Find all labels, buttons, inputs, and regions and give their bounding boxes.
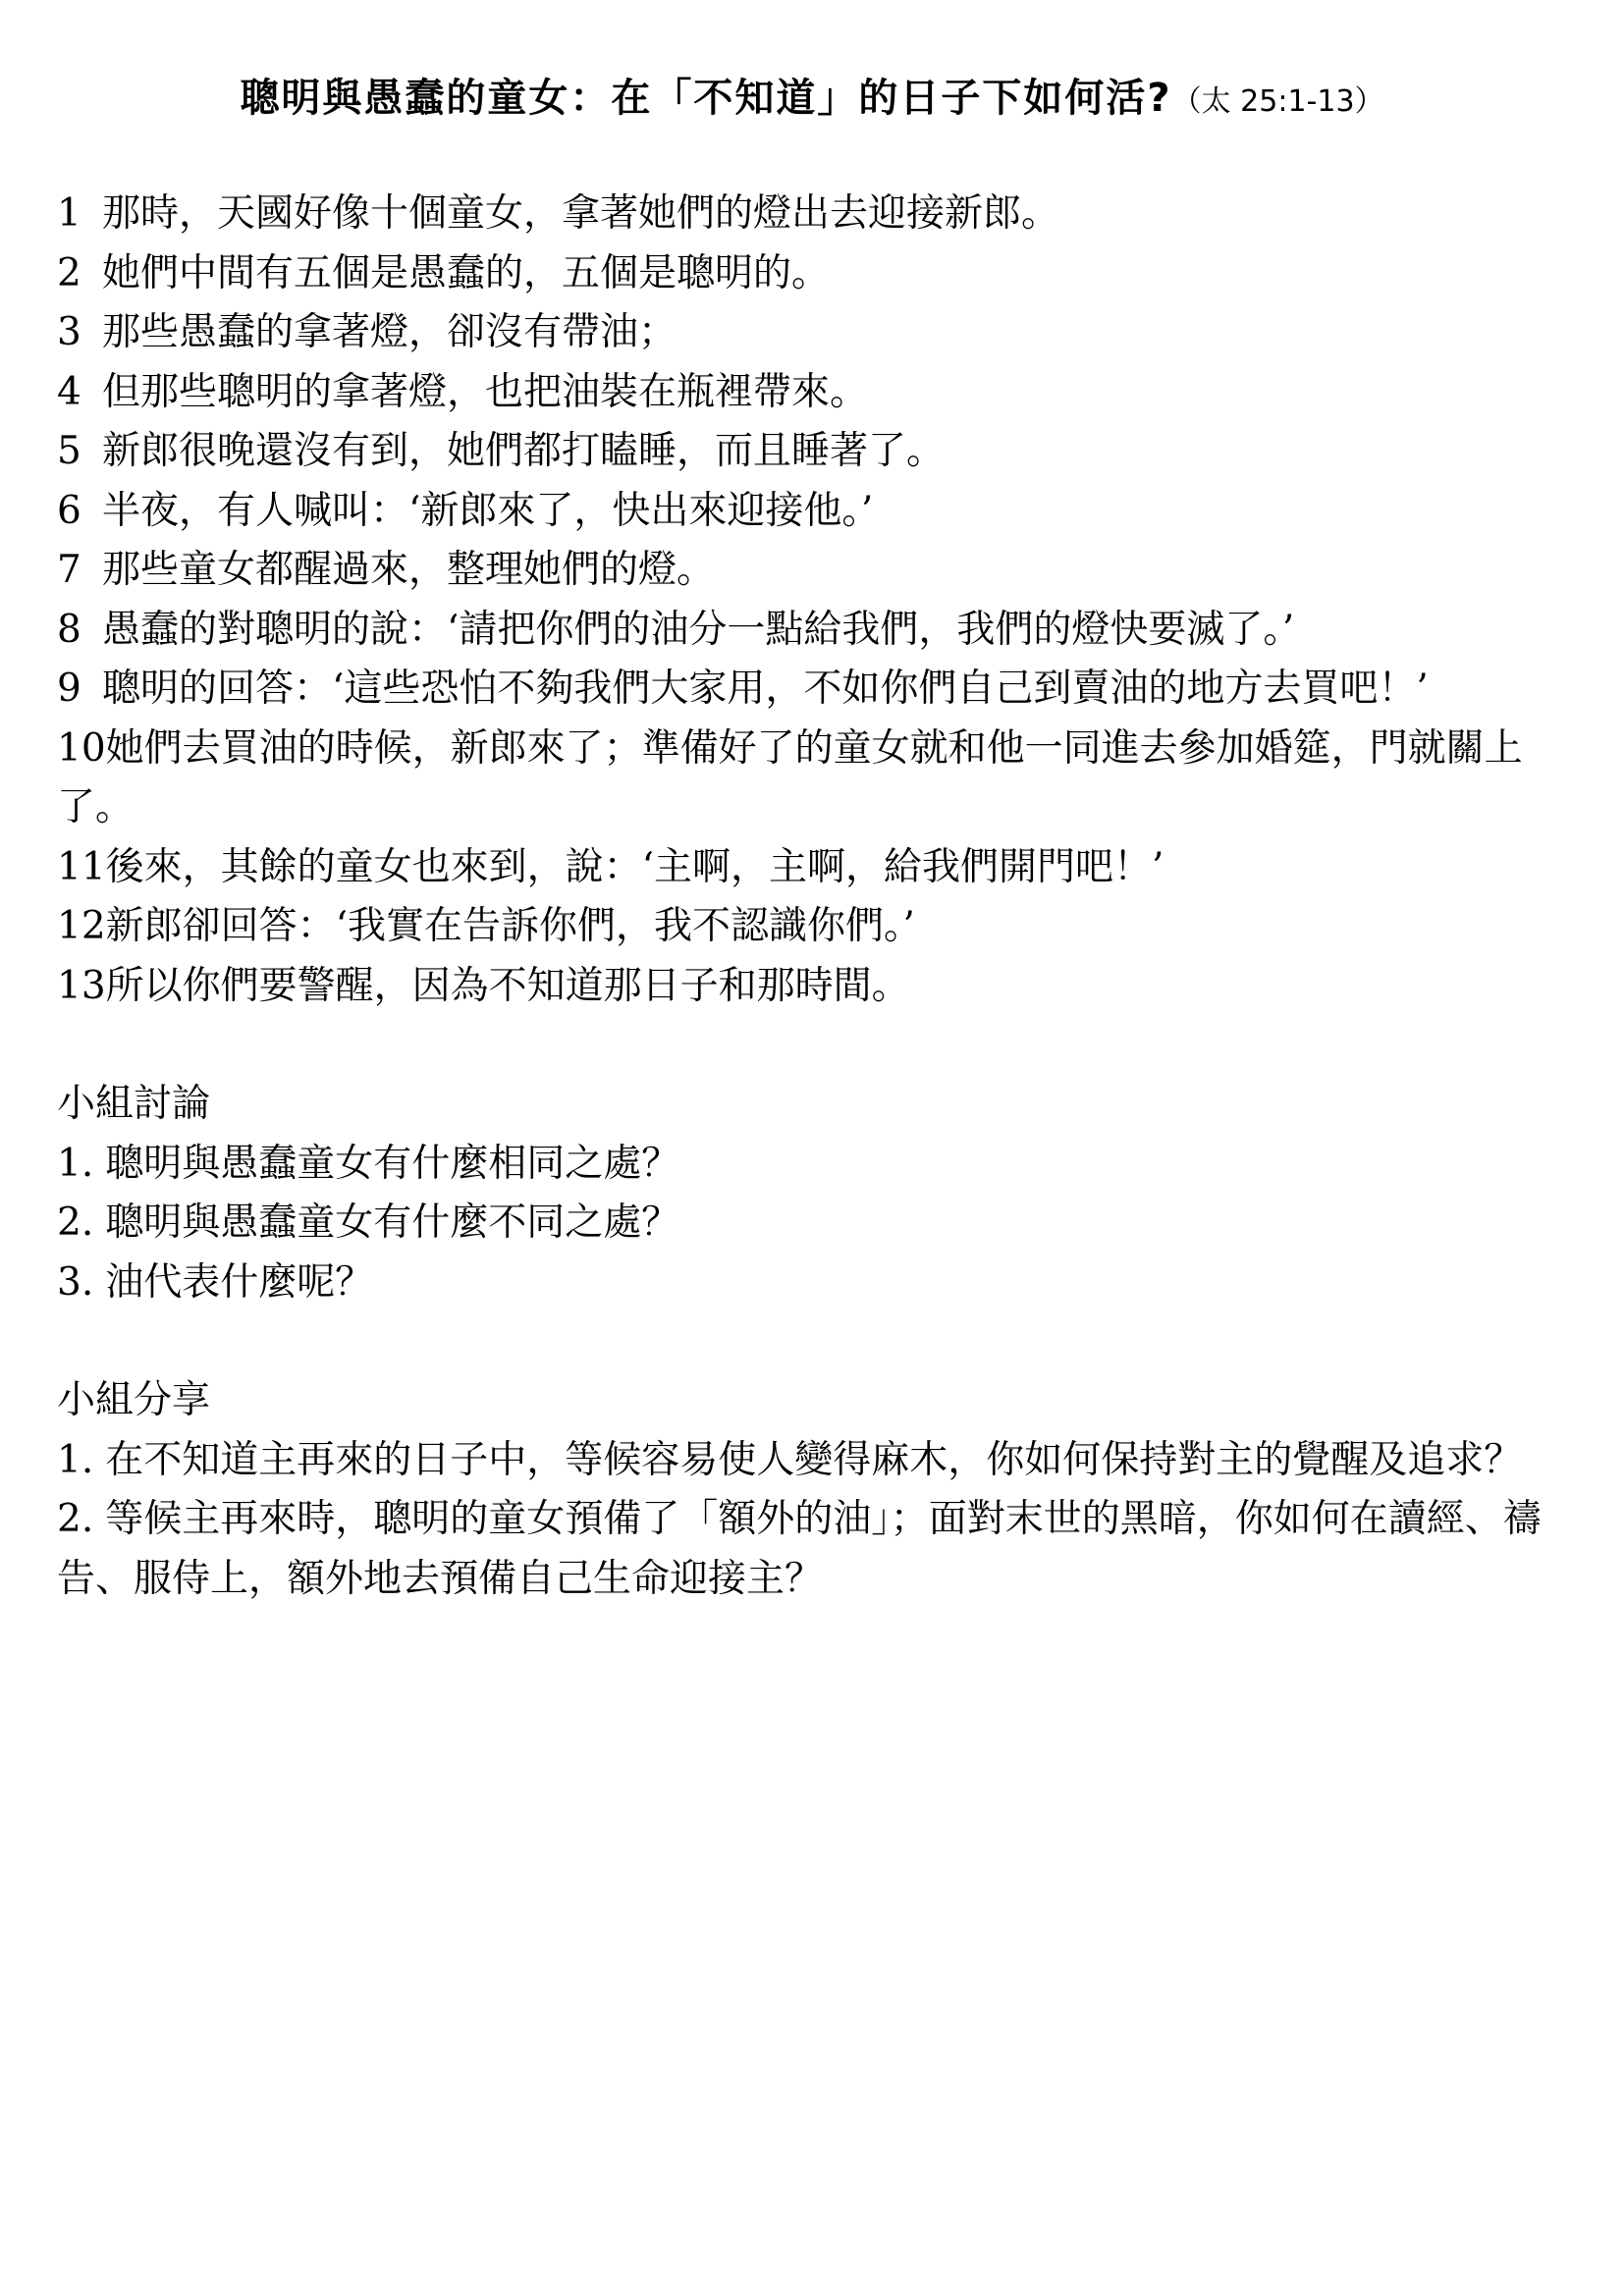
verse: 6半夜，有人喊叫：‘新郎來了，快出來迎接他。’ <box>57 482 1577 542</box>
question-text: 油代表什麼呢？ <box>105 1260 373 1305</box>
discussion-question: 1.聰明與愚蠢童女有什麼相同之處？ <box>57 1135 1577 1195</box>
verse-text: 那些愚蠢的拿著燈，卻沒有帶油； <box>102 310 677 354</box>
title-text: 聰明與愚蠢的童女：在「不知道」的日子下如何活? <box>240 76 1171 121</box>
document-body: 1那時，天國好像十個童女，拿著她們的燈出去迎接新郎。 2她們中間有五個是愚蠢的，… <box>57 185 1577 1609</box>
verse: 1那時，天國好像十個童女，拿著她們的燈出去迎接新郎。 <box>57 185 1577 244</box>
page-title: 聰明與愚蠢的童女：在「不知道」的日子下如何活?（太 25:1-13） <box>0 67 1624 123</box>
verse: 13所以你們要警醒，因為不知道那日子和那時間。 <box>57 957 1577 1017</box>
question-number: 1. <box>57 1438 93 1482</box>
verse-number: 9 <box>57 660 102 720</box>
verse-text: 所以你們要警醒，因為不知道那日子和那時間。 <box>106 964 910 1008</box>
verse-number: 2 <box>57 244 102 304</box>
verse: 4但那些聰明的拿著燈，也把油裝在瓶裡帶來。 <box>57 363 1577 423</box>
verse-number: 7 <box>57 541 102 601</box>
verse-text: 新郎卻回答：‘我實在告訴你們，我不認識你們。’ <box>106 904 915 948</box>
verse: 8愚蠢的對聰明的說：‘請把你們的油分一點給我們，我們的燈快要滅了。’ <box>57 601 1577 661</box>
question-text: 等候主再來時，聰明的童女預備了「額外的油」；面對末世的黑暗，你如何在讀經、禱告、… <box>57 1497 1542 1601</box>
verse: 5新郎很晚還沒有到，她們都打瞌睡，而且睡著了。 <box>57 422 1577 482</box>
verse: 7那些童女都醒過來，整理她們的燈。 <box>57 541 1577 601</box>
verse-text: 那些童女都醒過來，整理她們的燈。 <box>102 548 715 592</box>
question-text: 聰明與愚蠢童女有什麼相同之處？ <box>105 1142 679 1186</box>
question-number: 2. <box>57 1201 93 1245</box>
verse-list: 1那時，天國好像十個童女，拿著她們的燈出去迎接新郎。 2她們中間有五個是愚蠢的，… <box>57 185 1577 1016</box>
discussion-heading: 小組討論 <box>57 1075 1577 1135</box>
verse-number: 6 <box>57 482 102 542</box>
verse-number: 8 <box>57 601 102 661</box>
verse-number: 12 <box>57 897 106 957</box>
verse-text: 聰明的回答：‘這些恐怕不夠我們大家用，不如你們自己到賣油的地方去買吧！’ <box>102 667 1429 711</box>
discussion-section: 小組討論 1.聰明與愚蠢童女有什麼相同之處？ 2.聰明與愚蠢童女有什麼不同之處？… <box>57 1075 1577 1312</box>
verse-text: 愚蠢的對聰明的說：‘請把你們的油分一點給我們，我們的燈快要滅了。’ <box>102 608 1294 652</box>
question-number: 3. <box>57 1260 93 1305</box>
verse: 3那些愚蠢的拿著燈，卻沒有帶油； <box>57 303 1577 363</box>
verse-text: 她們中間有五個是愚蠢的，五個是聰明的。 <box>102 251 830 295</box>
verse-number: 10 <box>57 720 106 779</box>
question-number: 1. <box>57 1142 93 1186</box>
question-number: 2. <box>57 1497 93 1541</box>
verse-text: 新郎很晚還沒有到，她們都打瞌睡，而且睡著了。 <box>102 429 945 473</box>
verse-number: 5 <box>57 422 102 482</box>
verse-number: 3 <box>57 303 102 363</box>
verse: 10她們去買油的時候，新郎來了；準備好了的童女就和他一同進去參加婚筵，門就關上了… <box>57 720 1577 838</box>
sharing-question: 2.等候主再來時，聰明的童女預備了「額外的油」；面對末世的黑暗，你如何在讀經、禱… <box>57 1490 1577 1609</box>
verse: 12新郎卻回答：‘我實在告訴你們，我不認識你們。’ <box>57 897 1577 957</box>
verse-number: 1 <box>57 185 102 244</box>
verse: 2她們中間有五個是愚蠢的，五個是聰明的。 <box>57 244 1577 304</box>
verse-text: 但那些聰明的拿著燈，也把油裝在瓶裡帶來。 <box>102 370 868 414</box>
discussion-question: 3.油代表什麼呢？ <box>57 1254 1577 1313</box>
sharing-question: 1.在不知道主再來的日子中，等候容易使人變得麻木，你如何保持對主的覺醒及追求？ <box>57 1431 1577 1491</box>
verse-number: 13 <box>57 957 106 1017</box>
verse: 9聰明的回答：‘這些恐怕不夠我們大家用，不如你們自己到賣油的地方去買吧！’ <box>57 660 1577 720</box>
discussion-question: 2.聰明與愚蠢童女有什麼不同之處？ <box>57 1194 1577 1254</box>
scripture-reference: （太 25:1-13） <box>1172 84 1384 119</box>
verse-number: 11 <box>57 838 106 898</box>
verse-text: 那時，天國好像十個童女，拿著她們的燈出去迎接新郎。 <box>102 191 1059 236</box>
sharing-section: 小組分享 1.在不知道主再來的日子中，等候容易使人變得麻木，你如何保持對主的覺醒… <box>57 1371 1577 1609</box>
verse-text: 後來，其餘的童女也來到，說：‘主啊，主啊，給我們開門吧！’ <box>106 845 1164 889</box>
verse: 11後來，其餘的童女也來到，說：‘主啊，主啊，給我們開門吧！’ <box>57 838 1577 898</box>
verse-number: 4 <box>57 363 102 423</box>
question-text: 聰明與愚蠢童女有什麼不同之處？ <box>105 1201 679 1245</box>
question-text: 在不知道主再來的日子中，等候容易使人變得麻木，你如何保持對主的覺醒及追求？ <box>105 1438 1522 1482</box>
verse-text: 半夜，有人喊叫：‘新郎來了，快出來迎接他。’ <box>102 489 873 533</box>
verse-text: 她們去買油的時候，新郎來了；準備好了的童女就和他一同進去參加婚筵，門就關上了。 <box>57 726 1523 830</box>
sharing-heading: 小組分享 <box>57 1371 1577 1431</box>
